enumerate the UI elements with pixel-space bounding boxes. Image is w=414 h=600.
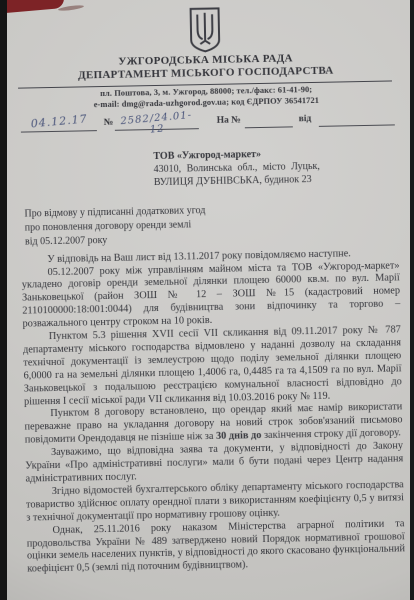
subject-block: Про відмову у підписанні додаткових угод… (24, 200, 409, 249)
scan-edge-right (410, 0, 414, 600)
recipient-block: ТОВ «Ужгород-маркет» 43010, Волинська об… (153, 145, 408, 189)
outgoing-date-field: 04.12.17 (21, 114, 97, 132)
body-paragraph-7: Однак, 25.11.2016 року наказом Міністерс… (26, 518, 405, 577)
body-paragraph-3: Пунктом 5.3 рішення XVII сесії VII склик… (23, 324, 402, 409)
letter-content: УЖГОРОДСЬКА МІСЬКА РАДА ДЕПАРТАМЕНТ МІСЬ… (4, 0, 414, 600)
outgoing-date-handwritten: 04.12.17 (30, 112, 88, 130)
scanned-letter-page: УЖГОРОДСЬКА МІСЬКА РАДА ДЕПАРТАМЕНТ МІСЬ… (0, 0, 414, 600)
number-sign-label: № (104, 118, 114, 128)
reply-to-date-field (319, 109, 395, 126)
letter-body: У відповідь на Ваш лист від 13.11.2017 р… (21, 247, 405, 577)
reply-to-number-label: На № (217, 115, 241, 125)
scan-edge-left (0, 0, 7, 600)
reply-to-date-label: від (299, 114, 312, 124)
outgoing-number-field: 2582/24.01-12 (115, 112, 199, 131)
ukraine-trident-emblem-icon (186, 7, 225, 54)
outgoing-number-handwritten: 2582/24.01-12 (114, 109, 200, 138)
reference-line: 04.12.17 № 2582/24.01-12 На № від (7, 107, 407, 141)
body-paragraph-4-bold-deadline: 30 днів до (216, 430, 262, 442)
body-paragraph-2: 05.12.2007 року між управлінням майном м… (21, 260, 400, 332)
reply-to-number-field (245, 111, 293, 128)
body-paragraph-4-tail: закінчення строку дії договору. (261, 428, 401, 442)
